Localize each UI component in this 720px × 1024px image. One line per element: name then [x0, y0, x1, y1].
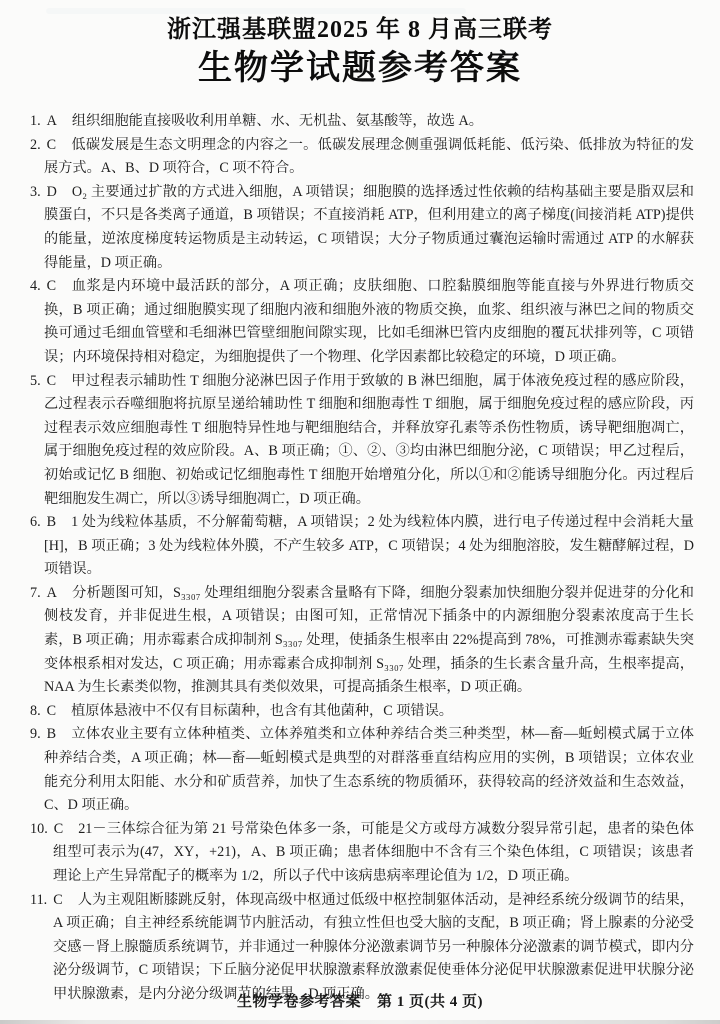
question-number: 9. [30, 726, 41, 742]
answer-item: 5.C甲过程表示辅助性 T 细胞分泌淋巴因子作用于致敏的 B 淋巴细胞，属于体液… [30, 370, 694, 512]
answer-explanation: 植原体悬液中不仅有目标菌种，也含有其他菌种，C 项错误。 [71, 703, 453, 719]
answer-explanation: 组织细胞能直接吸收利用单糖、水、无机盐、氨基酸等，故选 A。 [72, 113, 483, 129]
scan-artifact-top [46, 8, 466, 14]
page-footer: 生物学卷参考答案第 1 页(共 4 页) [0, 990, 720, 1011]
answer-letter: C [47, 703, 56, 719]
footer-page-number: 第 1 页(共 4 页) [377, 994, 483, 1010]
answer-item: 1.A组织细胞能直接吸收利用单糖、水、无机盐、氨基酸等，故选 A。 [30, 110, 694, 134]
answer-letter: C [54, 821, 63, 837]
answer-explanation: 分析题图可知，S₃₃₀₇ 处理组细胞分裂素含量略有下降，细胞分裂素加快细胞分裂并… [44, 585, 694, 695]
answer-explanation: 低碳发展是生态文明理念的内容之一。低碳发展理念侧重强调低耗能、低污染、低排放为特… [44, 137, 694, 177]
document-title: 生物学试题参考答案 [0, 49, 720, 89]
question-number: 4. [30, 278, 41, 294]
answer-explanation: O₂ 主要通过扩散的方式进入细胞，A 项错误；细胞膜的选择透过性依赖的结构基础主… [44, 184, 694, 271]
question-number: 8. [30, 703, 41, 719]
answer-letter: C [53, 892, 62, 908]
question-number: 7. [30, 585, 41, 601]
question-number: 2. [30, 137, 41, 153]
answer-item: 7.A分析题图可知，S₃₃₀₇ 处理组细胞分裂素含量略有下降，细胞分裂素加快细胞… [30, 582, 694, 700]
answer-explanation: 甲过程表示辅助性 T 细胞分泌淋巴因子作用于致敏的 B 淋巴细胞，属于体液免疫过… [44, 373, 694, 507]
scan-artifact-bottom-edge [0, 1020, 720, 1024]
question-number: 1. [30, 113, 41, 129]
footer-doc-label: 生物学卷参考答案 [237, 994, 361, 1010]
question-number: 6. [30, 514, 41, 530]
answer-item: 9.B立体农业主要有立体种植类、立体养殖类和立体种养结合类三种类型，林—畜—蚯蚓… [30, 723, 694, 817]
answer-letter: A [47, 113, 57, 129]
answer-letter: C [47, 278, 56, 294]
answer-item: 4.C血浆是内环境中最活跃的部分，A 项正确；皮肤细胞、口腔黏膜细胞等能直接与外… [30, 275, 694, 369]
answer-explanation: 立体农业主要有立体种植类、立体养殖类和立体种养结合类三种类型，林—畜—蚯蚓模式属… [44, 726, 694, 813]
answer-item: 2.C低碳发展是生态文明理念的内容之一。低碳发展理念侧重强调低耗能、低污染、低排… [30, 134, 694, 181]
question-number: 3. [30, 184, 41, 200]
answer-letter: B [47, 726, 56, 742]
answer-item: 6.B1 处为线粒体基质，不分解葡萄糖，A 项错误；2 处为线粒体内膜，进行电子… [30, 511, 694, 582]
answer-letter: B [47, 514, 56, 530]
answer-item: 11.C人为主观阻断膝跳反射，体现高级中枢通过低级中枢控制躯体活动，是神经系统分… [30, 889, 694, 1007]
answer-letter: C [47, 373, 56, 389]
answer-explanation: 1 处为线粒体基质，不分解葡萄糖，A 项错误；2 处为线粒体内膜，进行电子传递过… [44, 514, 694, 577]
answer-item: 3.DO₂ 主要通过扩散的方式进入细胞，A 项错误；细胞膜的选择透过性依赖的结构… [30, 181, 694, 275]
scanned-answer-page: 浙江强基联盟2025 年 8 月高三联考 生物学试题参考答案 1.A组织细胞能直… [0, 0, 720, 1024]
answer-letter: D [47, 184, 57, 200]
answer-explanation: 21－三体综合征为第 21 号常染色体多一条，可能是父方或母方减数分裂异常引起，… [53, 821, 694, 884]
question-number: 5. [30, 373, 41, 389]
answer-explanation: 人为主观阻断膝跳反射，体现高级中枢通过低级中枢控制躯体活动，是神经系统分级调节的… [53, 892, 694, 1002]
answer-letter: A [47, 585, 57, 601]
answer-item: 10.C21－三体综合征为第 21 号常染色体多一条，可能是父方或母方减数分裂异… [30, 818, 694, 889]
answer-explanation: 血浆是内环境中最活跃的部分，A 项正确；皮肤细胞、口腔黏膜细胞等能直接与外界进行… [44, 278, 694, 365]
question-number: 10. [30, 821, 48, 837]
answers-list: 1.A组织细胞能直接吸收利用单糖、水、无机盐、氨基酸等，故选 A。 2.C低碳发… [30, 110, 694, 1007]
exam-title: 浙江强基联盟2025 年 8 月高三联考 [0, 15, 720, 45]
answer-item: 8.C植原体悬液中不仅有目标菌种，也含有其他菌种，C 项错误。 [30, 700, 694, 724]
question-number: 11. [30, 892, 47, 908]
answer-letter: C [47, 137, 56, 153]
